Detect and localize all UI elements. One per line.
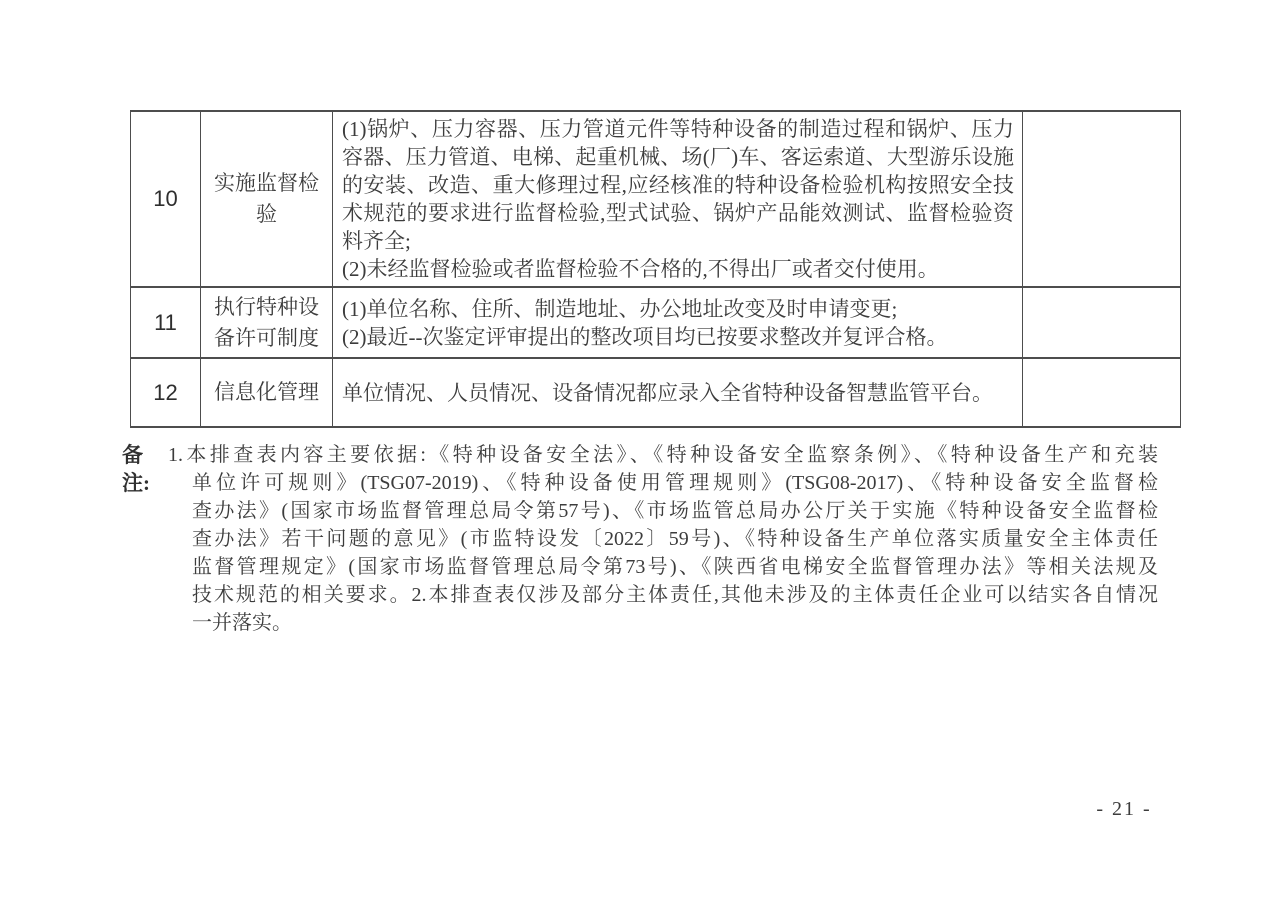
requirement-paragraph: 单位情况、人员情况、设备情况都应录入全省特种设备智慧监管平台。 [342, 379, 1014, 407]
note-line: 一并落实。 [192, 609, 1158, 637]
result-cell-empty [1023, 358, 1181, 427]
requirement-paragraph: (1)锅炉、压力容器、压力管道元件等特种设备的制造过程和锅炉、压力容器、压力管道… [342, 115, 1014, 255]
notes-label: 备注: [122, 441, 168, 497]
row-number-cell: 10 [131, 111, 201, 287]
requirement-paragraph: (2)未经监督检验或者监督检验不合格的,不得出厂或者交付使用。 [342, 255, 1014, 283]
inspection-checklist-table: 10 实施监督检验 (1)锅炉、压力容器、压力管道元件等特种设备的制造过程和锅炉… [130, 110, 1181, 428]
row-number-cell: 11 [131, 287, 201, 358]
note-line: 监督管理规定》(国家市场监督管理总局令第73号)、《陕西省电梯安全监督管理办法》… [192, 553, 1158, 581]
item-name-cell: 执行特种设备许可制度 [201, 287, 333, 358]
note-line: 查办法》(国家市场监督管理总局令第57号)、《市场监管总局办公厅关于实施《特种设… [192, 497, 1158, 525]
notes-section: 备注: 1.本排查表内容主要依据:《特种设备安全法》、《特种设备安全监察条例》、… [122, 441, 1158, 637]
note-line: 技术规范的相关要求。2.本排查表仅涉及部分主体责任,其他未涉及的主体责任企业可以… [192, 581, 1158, 609]
row-number-cell: 12 [131, 358, 201, 427]
notes-body: 1.本排查表内容主要依据:《特种设备安全法》、《特种设备安全监察条例》、《特种设… [168, 441, 1158, 637]
requirements-cell: (1)单位名称、住所、制造地址、办公地址改变及时申请变更; (2)最近--次鉴定… [333, 287, 1023, 358]
result-cell-empty [1023, 111, 1181, 287]
requirements-cell: 单位情况、人员情况、设备情况都应录入全省特种设备智慧监管平台。 [333, 358, 1023, 427]
requirements-cell: (1)锅炉、压力容器、压力管道元件等特种设备的制造过程和锅炉、压力容器、压力管道… [333, 111, 1023, 287]
note-line: 查办法》若干问题的意见》(市监特设发〔2022〕59号)、《特种设备生产单位落实… [192, 525, 1158, 553]
page-number: - 21 - [1084, 798, 1164, 821]
requirement-paragraph: (1)单位名称、住所、制造地址、办公地址改变及时申请变更; [342, 295, 1014, 323]
table-row-10: 10 实施监督检验 (1)锅炉、压力容器、压力管道元件等特种设备的制造过程和锅炉… [131, 111, 1181, 287]
item-name-cell: 信息化管理 [201, 358, 333, 427]
table-row-11: 11 执行特种设备许可制度 (1)单位名称、住所、制造地址、办公地址改变及时申请… [131, 287, 1181, 358]
table-row-12: 12 信息化管理 单位情况、人员情况、设备情况都应录入全省特种设备智慧监管平台。 [131, 358, 1181, 427]
result-cell-empty [1023, 287, 1181, 358]
note-line: 1.本排查表内容主要依据:《特种设备安全法》、《特种设备安全监察条例》、《特种设… [168, 441, 1158, 469]
note-line: 单位许可规则》(TSG07-2019)、《特种设备使用管理规则》(TSG08-2… [192, 469, 1158, 497]
document-page: 10 实施监督检验 (1)锅炉、压力容器、压力管道元件等特种设备的制造过程和锅炉… [0, 0, 1280, 905]
item-name-cell: 实施监督检验 [201, 111, 333, 287]
requirement-paragraph: (2)最近--次鉴定评审提出的整改项目均已按要求整改并复评合格。 [342, 323, 1014, 351]
